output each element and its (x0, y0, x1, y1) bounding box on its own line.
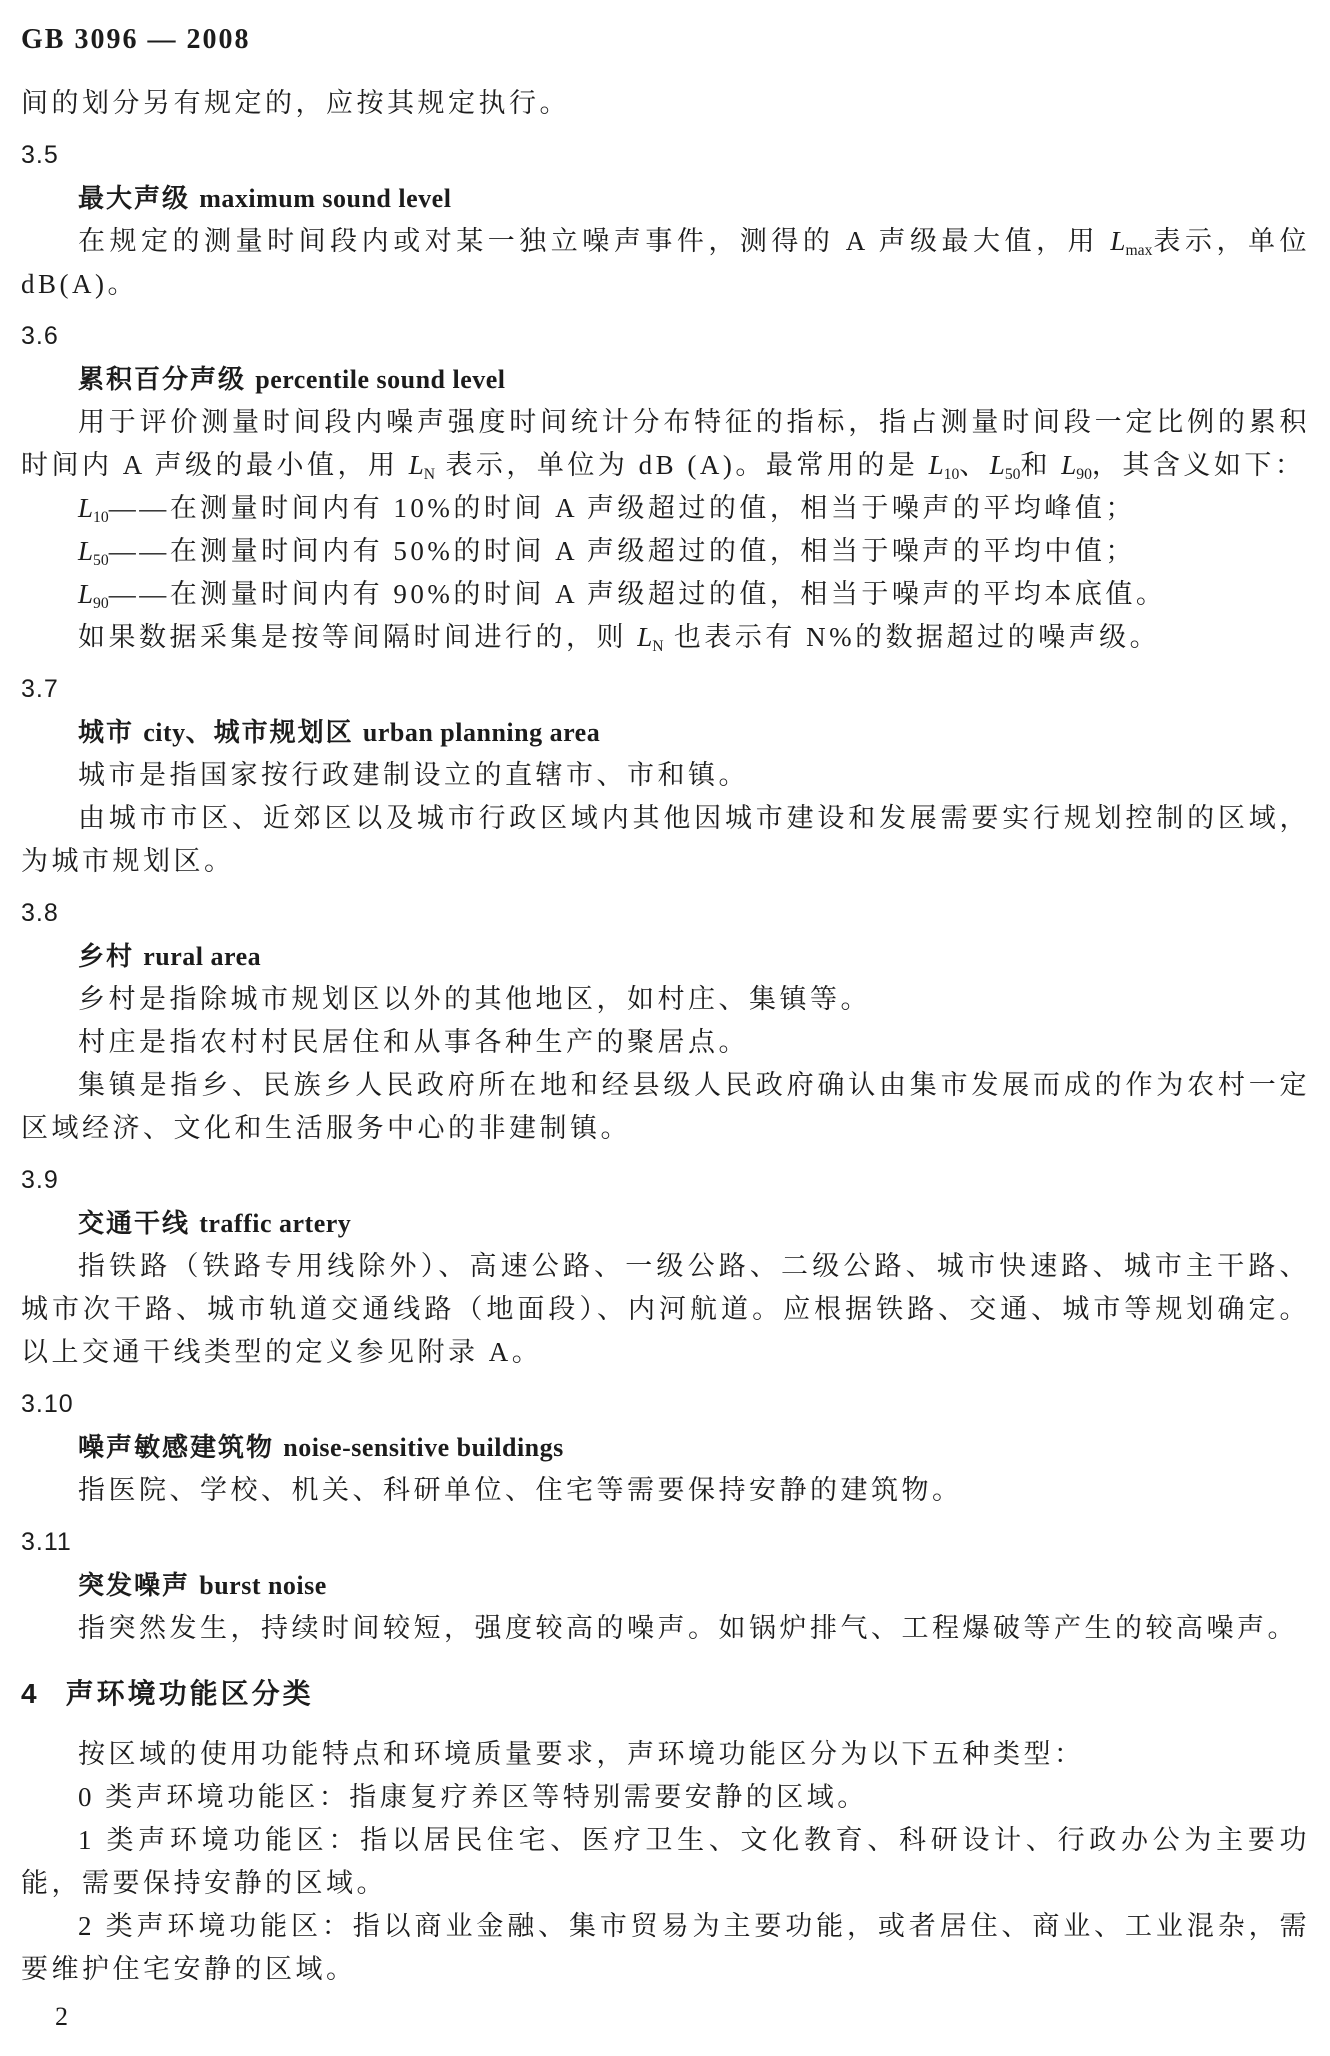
section-number: 3.9 (21, 1159, 1310, 1202)
paragraph: 指铁路（铁路专用线除外）、高速公路、一级公路、二级公路、城市快速路、城市主干路、… (21, 1245, 1310, 1374)
section-number: 3.6 (21, 315, 1310, 358)
term-english: percentile sound level (255, 365, 505, 394)
variable-subscript: 50 (1005, 466, 1021, 483)
text-segment: 0 类声环境功能区：指康复疗养区等特别需要安静的区域。 (78, 1782, 868, 1812)
text-segment: 间的划分另有规定的，应按其规定执行。 (21, 88, 570, 118)
term-chinese: 乡村 (78, 941, 143, 971)
chapter-title: 声环境功能区分类 (66, 1678, 314, 1709)
term-chinese: 、城市规划区 (186, 717, 363, 747)
variable-symbol: L (78, 493, 93, 523)
term-chinese: 突发噪声 (78, 1570, 199, 1600)
paragraph: L90——在测量时间内有 90%的时间 A 声级超过的值，相当于噪声的平均本底值… (21, 573, 1310, 616)
variable-symbol: L (78, 579, 93, 609)
term-english: rural area (143, 942, 261, 971)
text-segment: 如果数据采集是按等间隔时间进行的，则 (78, 622, 637, 652)
variable-subscript: 10 (93, 509, 109, 526)
paragraph: 村庄是指农村村民居住和从事各种生产的聚居点。 (21, 1021, 1310, 1064)
text-segment: ——在测量时间内有 10%的时间 A 声级超过的值，相当于噪声的平均峰值； (109, 493, 1136, 523)
section-number: 3.8 (21, 892, 1310, 935)
page-number: 2 (55, 2002, 68, 2032)
paragraph: 间的划分另有规定的，应按其规定执行。 (21, 82, 1310, 125)
chapter-number: 4 (21, 1678, 40, 1709)
variable-symbol: L (1110, 226, 1125, 256)
term-chinese: 交通干线 (78, 1208, 199, 1238)
variable-subscript: 90 (93, 595, 109, 612)
term-chinese: 最大声级 (78, 183, 199, 213)
term-english: noise-sensitive buildings (283, 1433, 564, 1462)
term-chinese: 城市 (78, 717, 143, 747)
text-segment: 指突然发生，持续时间较短，强度较高的噪声。如锅炉排气、工程爆破等产生的较高噪声。 (78, 1613, 1298, 1643)
text-segment: 按区域的使用功能特点和环境质量要求，声环境功能区分为以下五种类型： (78, 1739, 1085, 1769)
text-segment: 集镇是指乡、民族乡人民政府所在地和经县级人民政府确认由集市发展而成的作为农村一定… (21, 1070, 1310, 1143)
variable-symbol: L (409, 450, 424, 480)
term-heading: 累积百分声级 percentile sound level (21, 358, 1310, 401)
paragraph: L50——在测量时间内有 50%的时间 A 声级超过的值，相当于噪声的平均中值； (21, 530, 1310, 573)
term-heading: 突发噪声 burst noise (21, 1564, 1310, 1607)
text-segment: 乡村是指除城市规划区以外的其他地区，如村庄、集镇等。 (78, 984, 871, 1014)
paragraph: L10——在测量时间内有 10%的时间 A 声级超过的值，相当于噪声的平均峰值； (21, 487, 1310, 530)
variable-subscript: N (652, 638, 663, 655)
variable-symbol: L (990, 450, 1005, 480)
text-segment: 指铁路（铁路专用线除外）、高速公路、一级公路、二级公路、城市快速路、城市主干路、… (21, 1251, 1310, 1367)
text-segment: ——在测量时间内有 90%的时间 A 声级超过的值，相当于噪声的平均本底值。 (109, 579, 1167, 609)
text-segment: 村庄是指农村村民居住和从事各种生产的聚居点。 (78, 1027, 749, 1057)
text-segment: 和 (1020, 450, 1061, 480)
paragraph: 指医院、学校、机关、科研单位、住宅等需要保持安静的建筑物。 (21, 1469, 1310, 1512)
term-chinese: 累积百分声级 (78, 364, 255, 394)
text-segment: 2 类声环境功能区：指以商业金融、集市贸易为主要功能，或者居住、商业、工业混杂，… (21, 1911, 1310, 1984)
paragraph: 如果数据采集是按等间隔时间进行的，则 LN 也表示有 N%的数据超过的噪声级。 (21, 616, 1310, 659)
term-heading: 乡村 rural area (21, 935, 1310, 978)
term-english: city (143, 718, 185, 747)
term-english: urban planning area (363, 718, 600, 747)
text-segment: 表示，单位为 dB (A)。最常用的是 (435, 450, 929, 480)
paragraph: 指突然发生，持续时间较短，强度较高的噪声。如锅炉排气、工程爆破等产生的较高噪声。 (21, 1607, 1310, 1650)
paragraph: 1 类声环境功能区：指以居民住宅、医疗卫生、文化教育、科研设计、行政办公为主要功… (21, 1819, 1310, 1905)
term-heading: 噪声敏感建筑物 noise-sensitive buildings (21, 1426, 1310, 1469)
paragraph: 城市是指国家按行政建制设立的直辖市、市和镇。 (21, 754, 1310, 797)
document-content: 间的划分另有规定的，应按其规定执行。3.5最大声级 maximum sound … (21, 82, 1310, 1991)
paragraph: 集镇是指乡、民族乡人民政府所在地和经县级人民政府确认由集市发展而成的作为农村一定… (21, 1064, 1310, 1150)
variable-symbol: L (1061, 450, 1076, 480)
text-segment: 城市是指国家按行政建制设立的直辖市、市和镇。 (78, 760, 749, 790)
section-number: 3.10 (21, 1383, 1310, 1426)
term-english: burst noise (199, 1571, 327, 1600)
term-heading: 城市 city、城市规划区 urban planning area (21, 711, 1310, 754)
text-segment: 1 类声环境功能区：指以居民住宅、医疗卫生、文化教育、科研设计、行政办公为主要功… (21, 1825, 1310, 1898)
term-heading: 交通干线 traffic artery (21, 1202, 1310, 1245)
paragraph: 用于评价测量时间段内噪声强度时间统计分布特征的指标，指占测量时间段一定比例的累积… (21, 401, 1310, 487)
paragraph: 在规定的测量时间段内或对某一独立噪声事件，测得的 A 声级最大值，用 Lmax表… (21, 220, 1310, 306)
variable-subscript: max (1125, 242, 1152, 259)
text-segment: 也表示有 N%的数据超过的噪声级。 (664, 622, 1161, 652)
variable-symbol: L (637, 622, 652, 652)
variable-symbol: L (929, 450, 944, 480)
text-segment: 在规定的测量时间段内或对某一独立噪声事件，测得的 A 声级最大值，用 (78, 226, 1110, 256)
paragraph: 按区域的使用功能特点和环境质量要求，声环境功能区分为以下五种类型： (21, 1733, 1310, 1776)
section-number: 3.7 (21, 668, 1310, 711)
text-segment: ——在测量时间内有 50%的时间 A 声级超过的值，相当于噪声的平均中值； (109, 536, 1136, 566)
section-number: 3.5 (21, 134, 1310, 177)
variable-symbol: L (78, 536, 93, 566)
paragraph: 乡村是指除城市规划区以外的其他地区，如村庄、集镇等。 (21, 978, 1310, 1021)
variable-subscript: N (424, 466, 435, 483)
text-segment: ，其含义如下： (1092, 450, 1306, 480)
term-english: maximum sound level (199, 184, 451, 213)
term-heading: 最大声级 maximum sound level (21, 177, 1310, 220)
section-number: 3.11 (21, 1521, 1310, 1564)
paragraph: 由城市市区、近郊区以及城市行政区域内其他因城市建设和发展需要实行规划控制的区域，… (21, 797, 1310, 883)
variable-subscript: 10 (944, 466, 960, 483)
variable-subscript: 90 (1076, 466, 1092, 483)
text-segment: 由城市市区、近郊区以及城市行政区域内其他因城市建设和发展需要实行规划控制的区域，… (21, 803, 1310, 876)
paragraph: 0 类声环境功能区：指康复疗养区等特别需要安静的区域。 (21, 1776, 1310, 1819)
term-chinese: 噪声敏感建筑物 (78, 1432, 283, 1462)
chapter-heading: 4声环境功能区分类 (21, 1671, 1310, 1717)
text-segment: 、 (959, 450, 990, 480)
term-english: traffic artery (199, 1209, 351, 1238)
paragraph: 2 类声环境功能区：指以商业金融、集市贸易为主要功能，或者居住、商业、工业混杂，… (21, 1905, 1310, 1991)
standard-code: GB 3096 — 2008 (21, 24, 250, 56)
document-page: GB 3096 — 2008 间的划分另有规定的，应按其规定执行。3.5最大声级… (0, 0, 1330, 2056)
variable-subscript: 50 (93, 552, 109, 569)
text-segment: 指医院、学校、机关、科研单位、住宅等需要保持安静的建筑物。 (78, 1475, 963, 1505)
